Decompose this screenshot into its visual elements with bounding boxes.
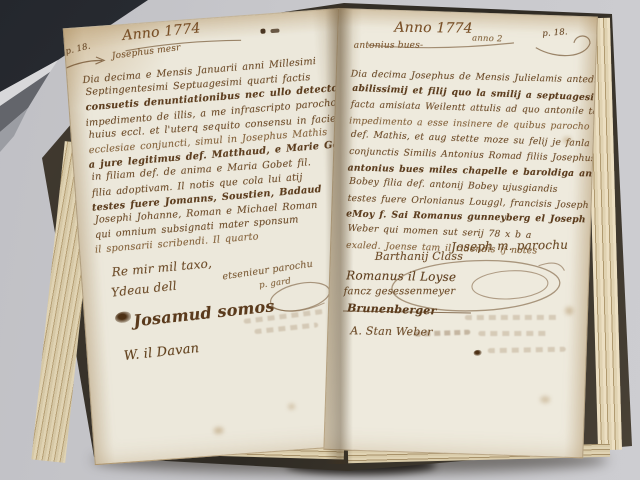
ink-blot	[474, 350, 482, 356]
bleedthrough-line	[488, 347, 566, 353]
bleedthrough-line	[465, 315, 561, 320]
secondary-note: anno 2	[472, 33, 503, 44]
ink-stamp-mark	[260, 29, 265, 34]
parish-signature: Joseph m. parochu	[451, 238, 568, 254]
year-header: Anno 1774	[394, 20, 473, 37]
foxing-spot	[213, 427, 223, 435]
manuscript-page-right: Anno 1774 antonius bues- anno 2 p. 18. D…	[323, 8, 598, 458]
corner-note-flourish	[533, 34, 596, 64]
bleedthrough-line	[254, 322, 318, 334]
signature: Ydeau dell	[110, 279, 177, 300]
ink-stamp-mark	[270, 28, 279, 33]
officiant-note: antonius bues-	[354, 41, 424, 51]
faded-ink-marks	[414, 330, 470, 337]
book-gutter-shadow	[325, 6, 353, 464]
signature: Re mir mil taxo,	[111, 256, 212, 279]
parish-signature-flourish	[387, 251, 569, 319]
foxing-spot	[288, 403, 295, 409]
bleedthrough-line	[478, 331, 548, 336]
signature-large: Josamud somos	[132, 296, 275, 330]
entry-text-block: Dia decima Josephus de Mensis Julielamis…	[345, 67, 589, 262]
foxing-spot	[565, 307, 573, 315]
entry-text-block: Dia decima e Mensis Januarii anni Milles…	[82, 56, 339, 258]
signature: W. il Davan	[123, 341, 200, 364]
foxing-spot	[540, 396, 550, 403]
margin-arrow-flourish	[64, 54, 111, 71]
scanned-manuscript-screenshot: { "document": { "type": "scanned open ma…	[0, 0, 640, 480]
ink-blot	[115, 311, 132, 323]
